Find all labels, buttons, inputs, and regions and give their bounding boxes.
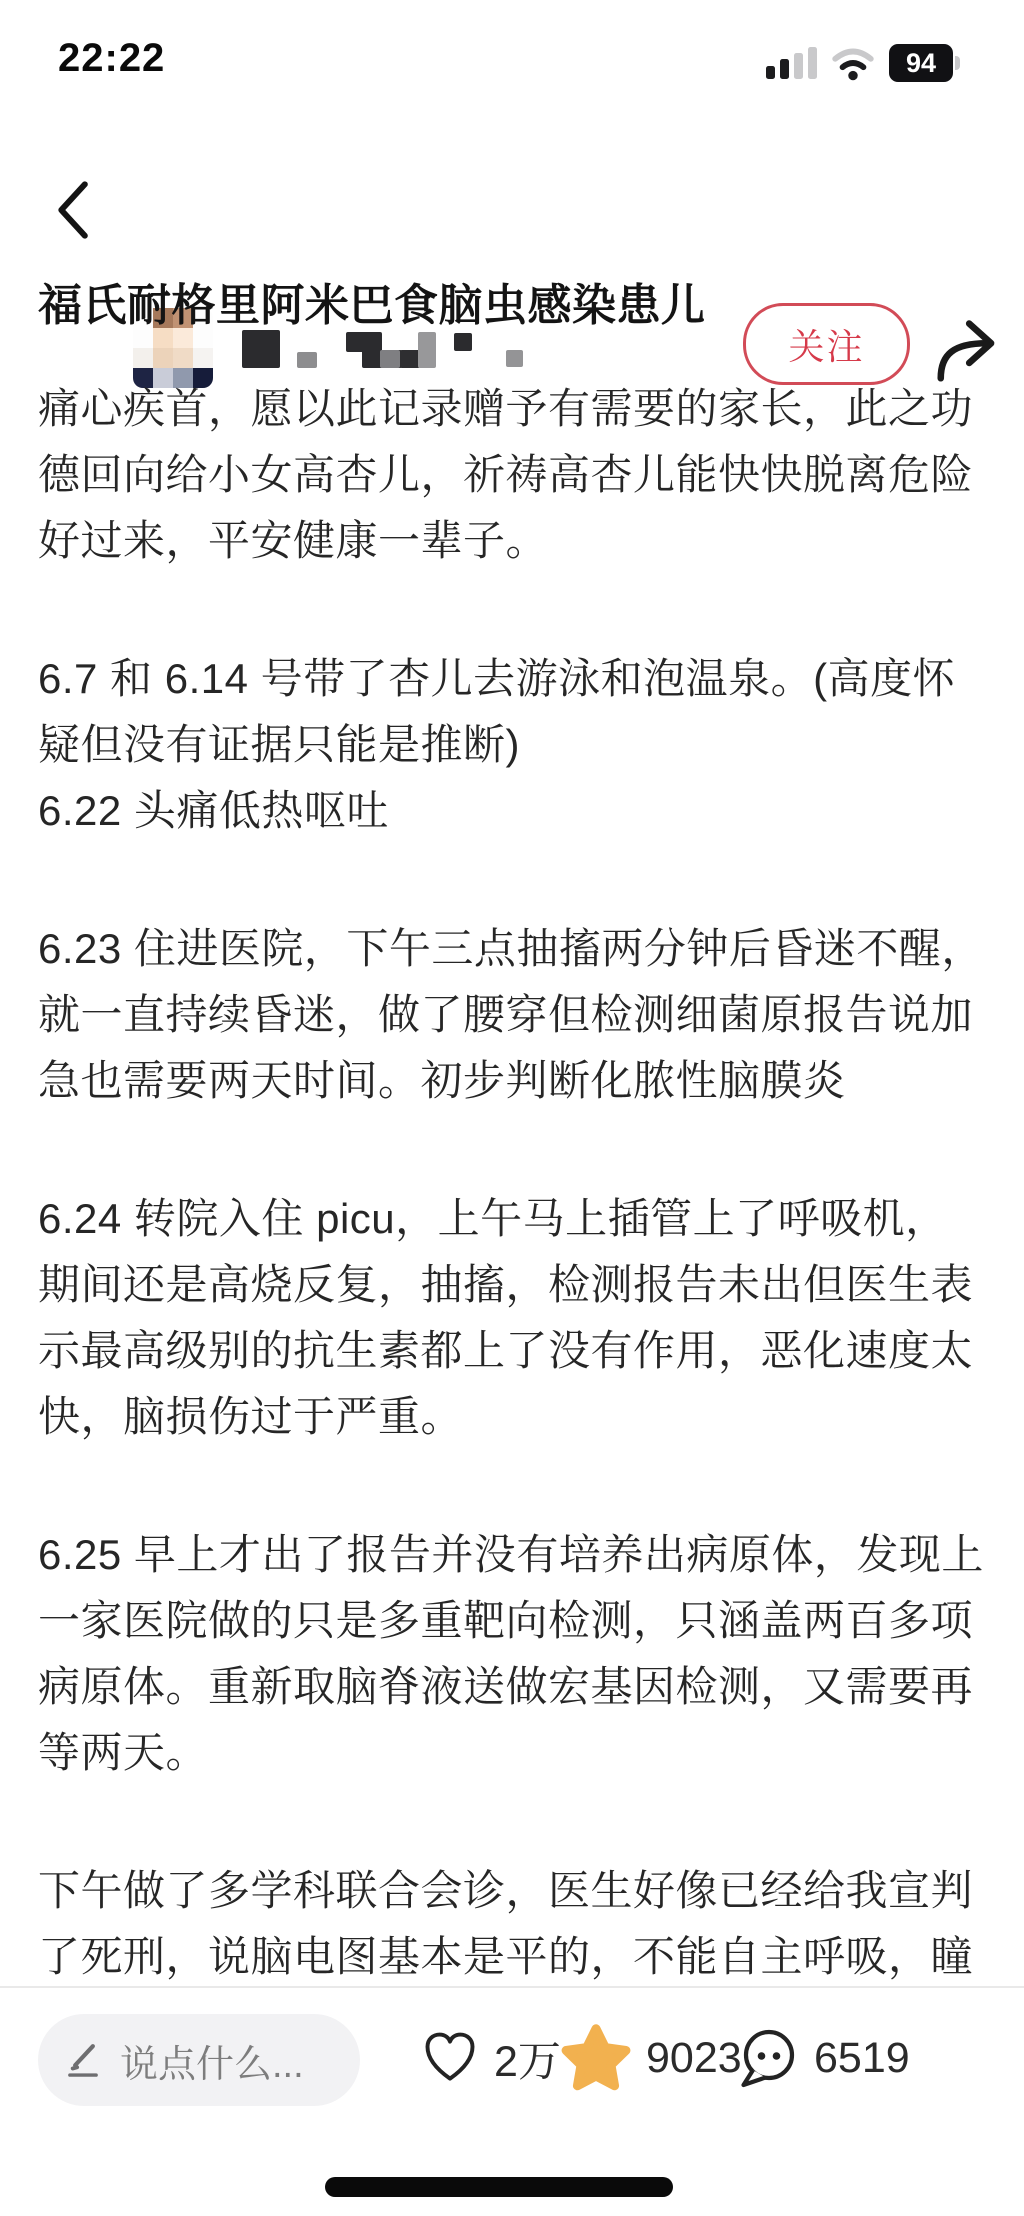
post-title: 福氏耐格里阿米巴食脑虫感染患儿 <box>38 276 986 336</box>
comment-button[interactable]: 6519 <box>736 2006 910 2110</box>
battery-icon: 94 <box>889 44 960 82</box>
comment-placeholder: 说点什么... <box>120 2033 304 2088</box>
post-body: 痛心疾首，愿以此记录赠予有需要的家长，此之功德回向给小女高杏儿，祈祷高杏儿能快快… <box>38 376 986 1990</box>
chevron-left-icon <box>44 180 100 240</box>
status-bar: 22:22 94 <box>0 0 1024 100</box>
post-paragraph: 下午做了多学科联合会诊，医生好像已经给我宣判了死刑，说脑电图基本是平的，不能自主… <box>38 1858 986 1990</box>
pencil-icon <box>62 2039 104 2081</box>
home-indicator[interactable] <box>325 2177 673 2197</box>
post-paragraph: 6.24 转院入住 picu，上午马上插管上了呼吸机，期间还是高烧反复，抽搐，检… <box>38 1186 986 1450</box>
like-count: 2万 <box>494 2028 561 2089</box>
post-paragraph: 6.7 和 6.14 号带了杏儿去游泳和泡温泉。(高度怀疑但没有证据只能是推断)… <box>38 646 986 844</box>
post-paragraph: 6.23 住进医院，下午三点抽搐两分钟后昏迷不醒，就一直持续昏迷，做了腰穿但检测… <box>38 916 986 1114</box>
post-paragraph: 6.25 早上才出了报告并没有培养出病原体，发现上一家医院做的只是多重靶向检测，… <box>38 1522 986 1786</box>
battery-percent: 94 <box>889 44 953 82</box>
post-header: 关注 <box>0 140 1024 265</box>
post-content-scroll-area[interactable]: 福氏耐格里阿米巴食脑虫感染患儿 痛心疾首，愿以此记录赠予有需要的家长，此之功德回… <box>0 268 1024 2216</box>
heart-icon <box>420 2028 480 2088</box>
star-icon <box>560 2022 632 2094</box>
wifi-icon <box>831 45 875 81</box>
comment-count: 6519 <box>814 2034 910 2083</box>
clock: 22:22 <box>58 36 165 81</box>
cellular-signal-icon <box>766 47 817 79</box>
collect-button[interactable]: 9023 <box>560 2006 742 2110</box>
post-paragraph: 痛心疾首，愿以此记录赠予有需要的家长，此之功德回向给小女高杏儿，祈祷高杏儿能快快… <box>38 376 986 574</box>
comment-input[interactable]: 说点什么... <box>38 2014 360 2106</box>
collect-count: 9023 <box>646 2034 742 2083</box>
back-button[interactable] <box>44 180 100 240</box>
like-button[interactable]: 2万 <box>420 2006 561 2110</box>
speech-bubble-icon <box>736 2026 800 2090</box>
